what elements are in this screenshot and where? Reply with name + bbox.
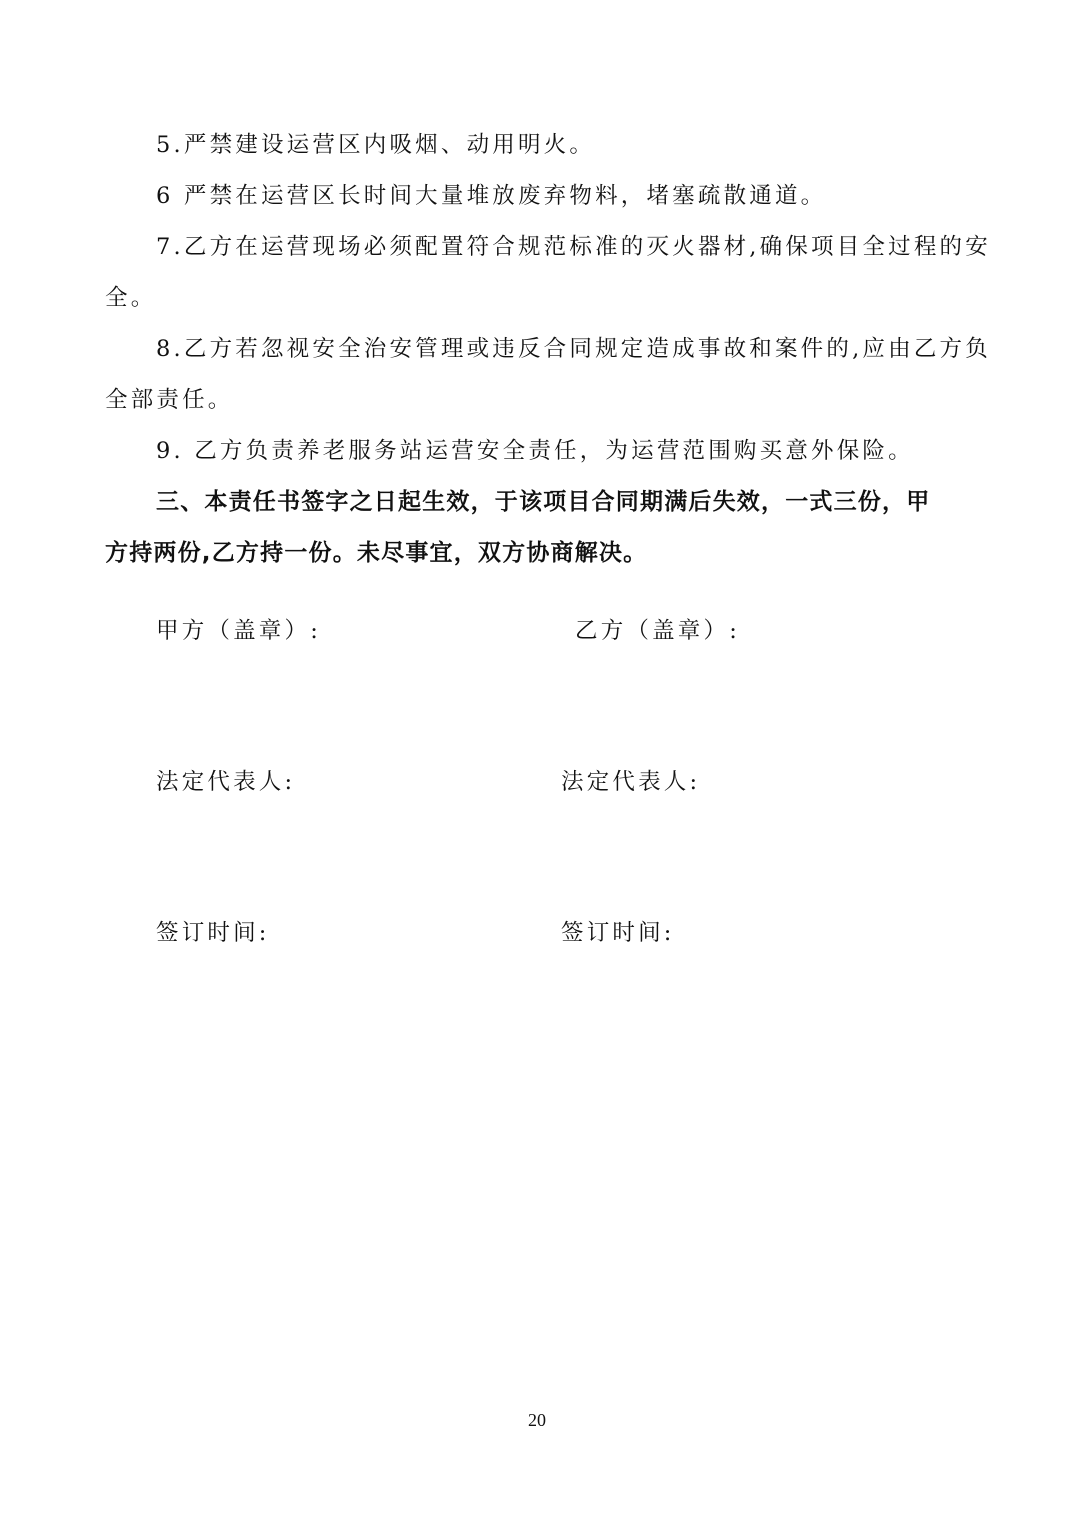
page-number: 20 (0, 1410, 1074, 1431)
clause-7-line1: 7.乙方在运营现场必须配置符合规范标准的灭火器材,确保项目全过程的安 (156, 232, 991, 262)
party-b-seal-label: 乙方（盖章）: (575, 616, 740, 646)
party-b-date-label: 签订时间: (561, 918, 675, 948)
clause-5: 5.严禁建设运营区内吸烟、动用明火。 (156, 130, 595, 160)
clause-8-line2: 全部责任。 (105, 385, 234, 415)
party-a-seal-label: 甲方（盖章）: (156, 616, 321, 646)
clause-9: 9. 乙方负责养老服务站运营安全责任，为运营范围购买意外保险。 (156, 436, 914, 466)
party-b-legal-rep-label: 法定代表人: (561, 767, 700, 797)
clause-7-line2: 全。 (105, 283, 156, 313)
section-three-line2: 方持两份,乙方持一份。未尽事宜，双方协商解决。 (105, 538, 647, 568)
party-a-legal-rep-label: 法定代表人: (156, 767, 295, 797)
party-a-date-label: 签订时间: (156, 918, 270, 948)
clause-6: 6 严禁在运营区长时间大量堆放废弃物料，堵塞疏散通道。 (156, 181, 826, 211)
section-three-line1: 三、本责任书签字之日起生效，于该项目合同期满后失效，一式三份，甲 (156, 487, 930, 517)
clause-8-line1: 8.乙方若忽视安全治安管理或违反合同规定造成事故和案件的,应由乙方负 (156, 334, 991, 364)
